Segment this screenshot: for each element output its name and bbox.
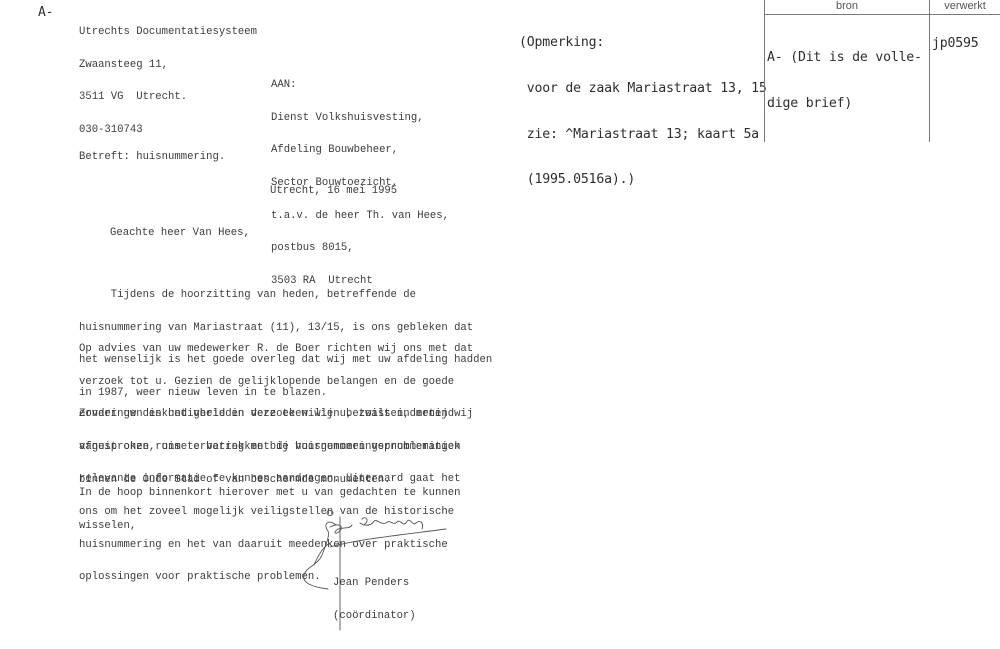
sender-line: Utrechts Documentatiesysteem	[79, 27, 257, 38]
recipient-address: AAN: Dienst Volkshuisvesting, Afdeling B…	[271, 58, 449, 298]
recipient-line: Afdeling Bouwbeheer,	[271, 145, 449, 156]
remark-line: (1995.0516a).)	[519, 172, 767, 187]
remark-note: (Opmerking: voor de zaak Mariastraat 13,…	[519, 5, 767, 203]
recipient-line: Dienst Volkshuisvesting,	[271, 113, 449, 124]
recipient-line: t.a.v. de heer Th. van Hees,	[271, 211, 449, 222]
table-header-rule	[764, 14, 1000, 15]
signatory-name: Jean Penders	[333, 578, 416, 589]
sender-line: 3511 VG Utrecht.	[79, 92, 257, 103]
paragraph-line: Op advies van uw medewerker R. de Boer r…	[79, 344, 455, 355]
paragraph-line: vanuit onze ruime ervaring met de huisnu…	[79, 442, 455, 453]
remark-line: zie: ^Mariastraat 13; kaart 5a	[519, 127, 767, 142]
subject-line: Betreft: huisnummering.	[79, 152, 225, 163]
paragraph-line: Zonder uw deskundigheid in deze te wille…	[79, 409, 455, 420]
recipient-line: AAN:	[271, 80, 449, 91]
source-line: A- (Dit is de volle-	[767, 50, 922, 65]
processed-cell: jp0595	[932, 36, 978, 51]
signatory-block: Jean Penders (coördinator)	[333, 556, 416, 632]
salutation: Geachte heer Van Hees,	[110, 228, 250, 239]
card-marker: A-	[38, 5, 53, 20]
column-header-source: bron	[765, 0, 929, 13]
remark-line: voor de zaak Mariastraat 13, 15	[519, 81, 767, 96]
paragraph-line: verzoek tot u. Gezien de gelijklopende b…	[79, 377, 455, 388]
column-header-processed: verwerkt	[930, 0, 1000, 13]
source-line: dige brief)	[767, 96, 922, 111]
paragraph-line: In de hoop binnenkort hierover met u van…	[79, 488, 455, 499]
table-border-left	[764, 0, 765, 142]
paragraph-line: Tijdens de hoorzitting van heden, betref…	[79, 290, 455, 301]
sender-address: Utrechts Documentatiesysteem Zwaansteeg …	[79, 5, 257, 147]
remark-line: (Opmerking:	[519, 35, 767, 50]
sender-line: Zwaansteeg 11,	[79, 60, 257, 71]
sender-line: 030-310743	[79, 125, 257, 136]
signatory-role: (coördinator)	[333, 611, 416, 622]
recipient-line: postbus 8015,	[271, 243, 449, 254]
table-column-divider	[929, 0, 930, 142]
source-cell: A- (Dit is de volle- dige brief)	[767, 20, 922, 126]
letter-date: Utrecht, 16 mei 1995	[270, 186, 397, 197]
